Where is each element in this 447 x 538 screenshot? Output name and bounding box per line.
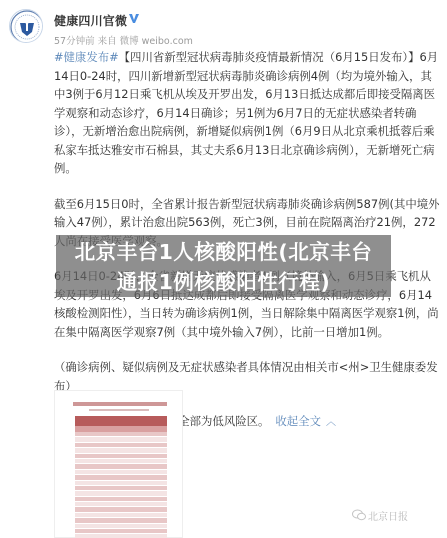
post-meta: 57分钟前 来自 微博 weibo.com xyxy=(54,33,193,47)
headline-text: 北京丰台1人核酸阳性(北京丰台 通报1例核酸阳性行程) xyxy=(56,235,391,297)
health-department-logo-icon xyxy=(10,10,43,43)
headline-overlay: 北京丰台1人核酸阳性(北京丰台 通报1例核酸阳性行程) xyxy=(56,235,391,297)
image-table-row xyxy=(75,534,167,538)
paragraph-1: #健康发布#【四川省新型冠状病毒肺炎疫情最新情况（6月15日发布）】6月14日0… xyxy=(54,48,442,178)
image-table-subtitle xyxy=(89,409,149,411)
chevron-up-icon[interactable]: ︿ xyxy=(326,417,336,428)
source-watermark: 北京日报 xyxy=(368,508,408,523)
paragraph-1-text: 【四川省新型冠状病毒肺炎疫情最新情况（6月15日发布）】6月14日0-24时，四… xyxy=(54,50,438,175)
collapse-link[interactable]: 收起全文 xyxy=(275,414,321,428)
headline-line-2: 通报1例核酸阳性行程) xyxy=(56,267,391,297)
image-table-header xyxy=(75,416,167,426)
image-table-title xyxy=(73,402,167,406)
image-table xyxy=(75,416,167,538)
post-image-thumbnail[interactable] xyxy=(54,390,183,538)
author-name[interactable]: 健康四川官微 xyxy=(54,12,127,29)
hashtag-link[interactable]: #健康发布# xyxy=(54,50,119,64)
verified-icon xyxy=(128,12,140,24)
wechat-icon xyxy=(352,509,366,521)
avatar[interactable] xyxy=(9,9,43,43)
post-header: 健康四川官微 57分钟前 来自 微博 weibo.com xyxy=(0,0,447,48)
headline-line-1: 北京丰台1人核酸阳性(北京丰台 xyxy=(56,237,391,267)
